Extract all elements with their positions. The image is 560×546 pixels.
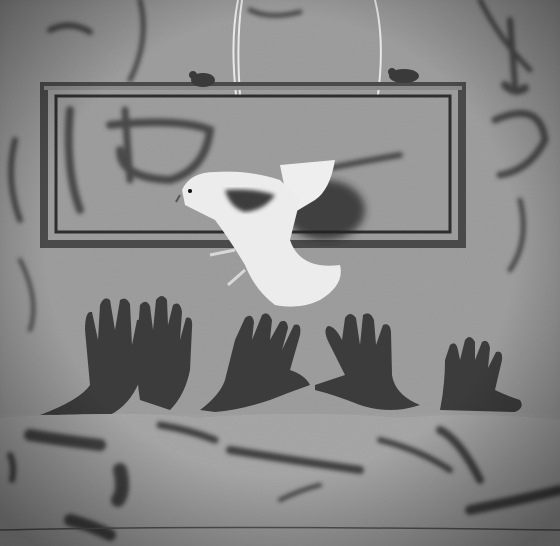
photograph xyxy=(0,0,560,546)
vignette xyxy=(0,0,560,546)
